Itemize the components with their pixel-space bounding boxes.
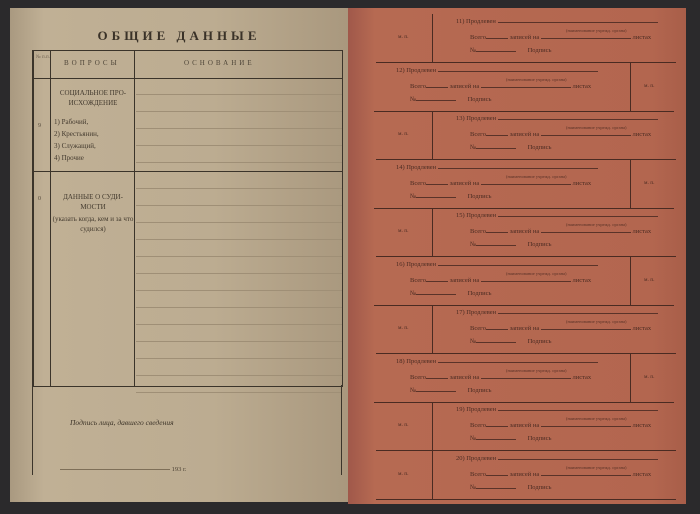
stamp-place: м. п.	[398, 325, 409, 331]
extension-line[interactable]: 13) Продлевен	[456, 115, 658, 122]
right-page: м. п.11) Продлевен (наименование учрежд.…	[348, 8, 686, 504]
table-header: № п.п. ВОПРОСЫ ОСНОВАНИЕ	[34, 51, 342, 79]
stamp-place: м. п.	[398, 422, 409, 428]
table-row: 9 СОЦИАЛЬНОЕ ПРО-ИСХОЖДЕНИЕ 1) Рабочий, …	[34, 78, 342, 172]
extension-entry: м. п.20) Продлевен (наименование учрежд.…	[376, 451, 676, 500]
question-convictions: ДАННЫЕ О СУДИ-МОСТИ	[52, 192, 134, 212]
extension-line[interactable]: 17) Продлевен	[456, 309, 658, 316]
left-page: ОБЩИЕ ДАННЫЕ № п.п. ВОПРОСЫ ОСНОВАНИЕ 9 …	[10, 8, 348, 502]
extension-line[interactable]: 14) Продлевен	[396, 164, 598, 171]
extension-line[interactable]: 15) Продлевен	[456, 212, 658, 219]
stamp-place: м. п.	[398, 131, 409, 137]
header-questions: ВОПРОСЫ	[64, 59, 120, 67]
extension-line[interactable]: 20) Продлевен	[456, 455, 658, 462]
table-row: 0 ДАННЫЕ О СУДИ-МОСТИ (указать когда, ке…	[34, 172, 342, 386]
extension-line[interactable]: 12) Продлевен	[396, 67, 598, 74]
extension-entry: м. п.12) Продлевен (наименование учрежд.…	[374, 63, 674, 112]
options-list: 1) Рабочий, 2) Крестьянин, 3) Служащий, …	[54, 116, 99, 164]
general-data-table: № п.п. ВОПРОСЫ ОСНОВАНИЕ 9 СОЦИАЛЬНОЕ ПР…	[32, 50, 343, 387]
signature-label: Подпись лица, давшего сведения	[70, 418, 174, 427]
stamp-place: м. п.	[398, 471, 409, 477]
extension-entry: м. п.16) Продлевен (наименование учрежд.…	[374, 257, 674, 306]
extension-entry: м. п.17) Продлевен (наименование учрежд.…	[376, 305, 676, 354]
extension-line[interactable]: 18) Продлевен	[396, 358, 598, 365]
stamp-place: м. п.	[644, 374, 655, 380]
extension-entry: м. п.15) Продлевен (наименование учрежд.…	[376, 208, 676, 257]
extension-line[interactable]: 11) Продлевен	[456, 18, 658, 25]
question-convictions-note: (указать когда, кем и за что судился)	[52, 214, 134, 234]
question-social-origin: СОЦИАЛЬНОЕ ПРО-ИСХОЖДЕНИЕ	[52, 88, 134, 108]
page-title: ОБЩИЕ ДАННЫЕ	[10, 28, 348, 44]
extension-entry: м. п.19) Продлевен (наименование учрежд.…	[376, 402, 676, 451]
stamp-place: м. п.	[398, 34, 409, 40]
header-basis: ОСНОВАНИЕ	[184, 59, 255, 67]
stamp-place: м. п.	[644, 180, 655, 186]
stamp-place: м. п.	[644, 83, 655, 89]
date-line[interactable]: 193 г.	[60, 466, 210, 473]
extension-entry: м. п.13) Продлевен (наименование учрежд.…	[376, 111, 676, 160]
answer-lines[interactable]	[136, 78, 342, 163]
stamp-place: м. п.	[398, 228, 409, 234]
extension-line[interactable]: 19) Продлевен	[456, 406, 658, 413]
answer-lines[interactable]	[136, 172, 342, 393]
header-num: № п.п.	[36, 55, 50, 61]
extension-entry: м. п.14) Продлевен (наименование учрежд.…	[374, 160, 674, 209]
extension-entry: м. п.11) Продлевен (наименование учрежд.…	[376, 14, 676, 63]
extension-line[interactable]: 16) Продлевен	[396, 261, 598, 268]
stamp-place: м. п.	[644, 277, 655, 283]
extension-entry: м. п.18) Продлевен (наименование учрежд.…	[374, 354, 674, 403]
